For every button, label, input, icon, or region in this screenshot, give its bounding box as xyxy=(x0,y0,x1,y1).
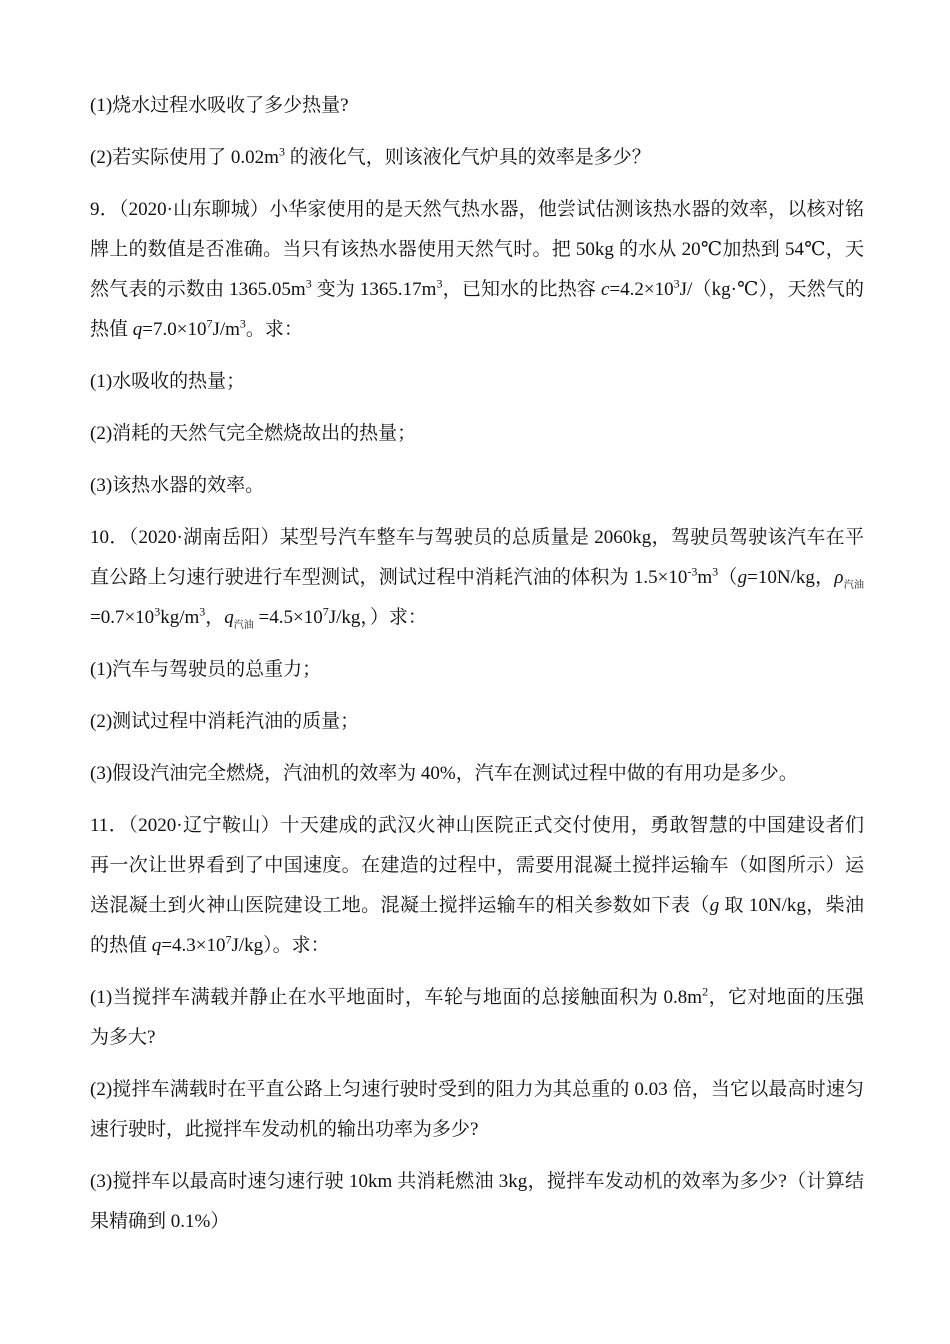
text-run: kg/m xyxy=(160,607,199,628)
paragraph: (1)汽车与驾驶员的总重力； xyxy=(90,650,864,690)
text-run: =4.2×10 xyxy=(609,279,673,300)
paragraph: (1)烧水过程水吸收了多少热量? xyxy=(90,86,864,126)
text-run: m xyxy=(697,567,712,588)
text-run: (3)该热水器的效率。 xyxy=(90,475,264,496)
document-text: (1)烧水过程水吸收了多少热量?(2)若实际使用了 0.02m3 的液化气，则该… xyxy=(90,86,864,1242)
text-run: =0.7×10 xyxy=(90,607,154,628)
text-run: (2)测试过程中消耗汽油的质量； xyxy=(90,711,359,732)
text-run: 。求： xyxy=(246,319,303,340)
text-run: =7.0×10 xyxy=(142,319,206,340)
text-run: (1)水吸收的热量； xyxy=(90,371,245,392)
text-run: (1)烧水过程水吸收了多少热量? xyxy=(90,95,349,116)
subscript: 汽油 xyxy=(844,580,865,591)
variable-symbol: g xyxy=(710,895,720,916)
paragraph: 9．（2020·山东聊城）小华家使用的是天然气热水器，他尝试估测该热水器的效率，… xyxy=(90,190,864,350)
text-run: 变为 1365.17m xyxy=(312,279,437,300)
text-run: ， xyxy=(205,607,224,628)
text-run: (3)搅拌车以最高时速匀速行驶 10km 共消耗燃油 3kg，搅拌车发动机的效率… xyxy=(90,1171,864,1232)
paragraph: 11．（2020·辽宁鞍山）十天建成的武汉火神山医院正式交付使用，勇敢智慧的中国… xyxy=(90,806,864,966)
paragraph: (1)水吸收的热量； xyxy=(90,362,864,402)
text-run: （ xyxy=(718,567,738,588)
paragraph: (2)消耗的天然气完全燃烧故出的热量； xyxy=(90,414,864,454)
variable-symbol: g xyxy=(738,567,748,588)
text-run: =4.5×10 xyxy=(254,607,323,628)
text-run: (2)消耗的天然气完全燃烧故出的热量； xyxy=(90,423,416,444)
superscript: -3 xyxy=(687,565,697,579)
text-run: 的液化气，则该液化气炉具的效率是多少？ xyxy=(285,147,651,168)
paragraph: (3)该热水器的效率。 xyxy=(90,466,864,506)
paragraph: (2)搅拌车满载时在平直公路上匀速行驶时受到的阻力为其总重的 0.03 倍，当它… xyxy=(90,1070,864,1150)
text-run: (2)若实际使用了 0.02m xyxy=(90,147,279,168)
variable-symbol: q xyxy=(133,319,143,340)
paragraph: (3)搅拌车以最高时速匀速行驶 10km 共消耗燃油 3kg，搅拌车发动机的效率… xyxy=(90,1162,864,1242)
text-run: (2)搅拌车满载时在平直公路上匀速行驶时受到的阻力为其总重的 0.03 倍，当它… xyxy=(90,1079,864,1140)
text-run: =4.3×10 xyxy=(161,935,225,956)
text-run: J/m xyxy=(212,319,239,340)
paragraph: 10．（2020·湖南岳阳）某型号汽车整车与驾驶员的总质量是 2060kg，驾驶… xyxy=(90,518,864,638)
subscript: 汽油 xyxy=(234,620,254,631)
text-run: (1)当搅拌车满载并静止在水平地面时，车轮与地面的总接触面积为 0.8m xyxy=(90,987,702,1008)
text-run: (3)假设汽油完全燃烧，汽油机的效率为 40%，汽车在测试过程中做的有用功是多少… xyxy=(90,763,798,784)
text-run: J/kg）。求： xyxy=(231,935,329,956)
variable-symbol: ρ xyxy=(834,567,843,588)
variable-symbol: q xyxy=(152,935,162,956)
paragraph: (2)若实际使用了 0.02m3 的液化气，则该液化气炉具的效率是多少？ xyxy=(90,138,864,178)
text-run: ，已知水的比热容 xyxy=(442,279,601,300)
variable-symbol: q xyxy=(224,607,234,628)
text-run: J/kg，）求： xyxy=(329,607,427,628)
paragraph: (2)测试过程中消耗汽油的质量； xyxy=(90,702,864,742)
paragraph: (1)当搅拌车满载并静止在水平地面时，车轮与地面的总接触面积为 0.8m2，它对… xyxy=(90,978,864,1058)
text-run: (1)汽车与驾驶员的总重力； xyxy=(90,659,321,680)
document-page: (1)烧水过程水吸收了多少热量?(2)若实际使用了 0.02m3 的液化气，则该… xyxy=(0,0,950,1344)
paragraph: (3)假设汽油完全燃烧，汽油机的效率为 40%，汽车在测试过程中做的有用功是多少… xyxy=(90,754,864,794)
text-run: =10N/kg， xyxy=(747,567,834,588)
